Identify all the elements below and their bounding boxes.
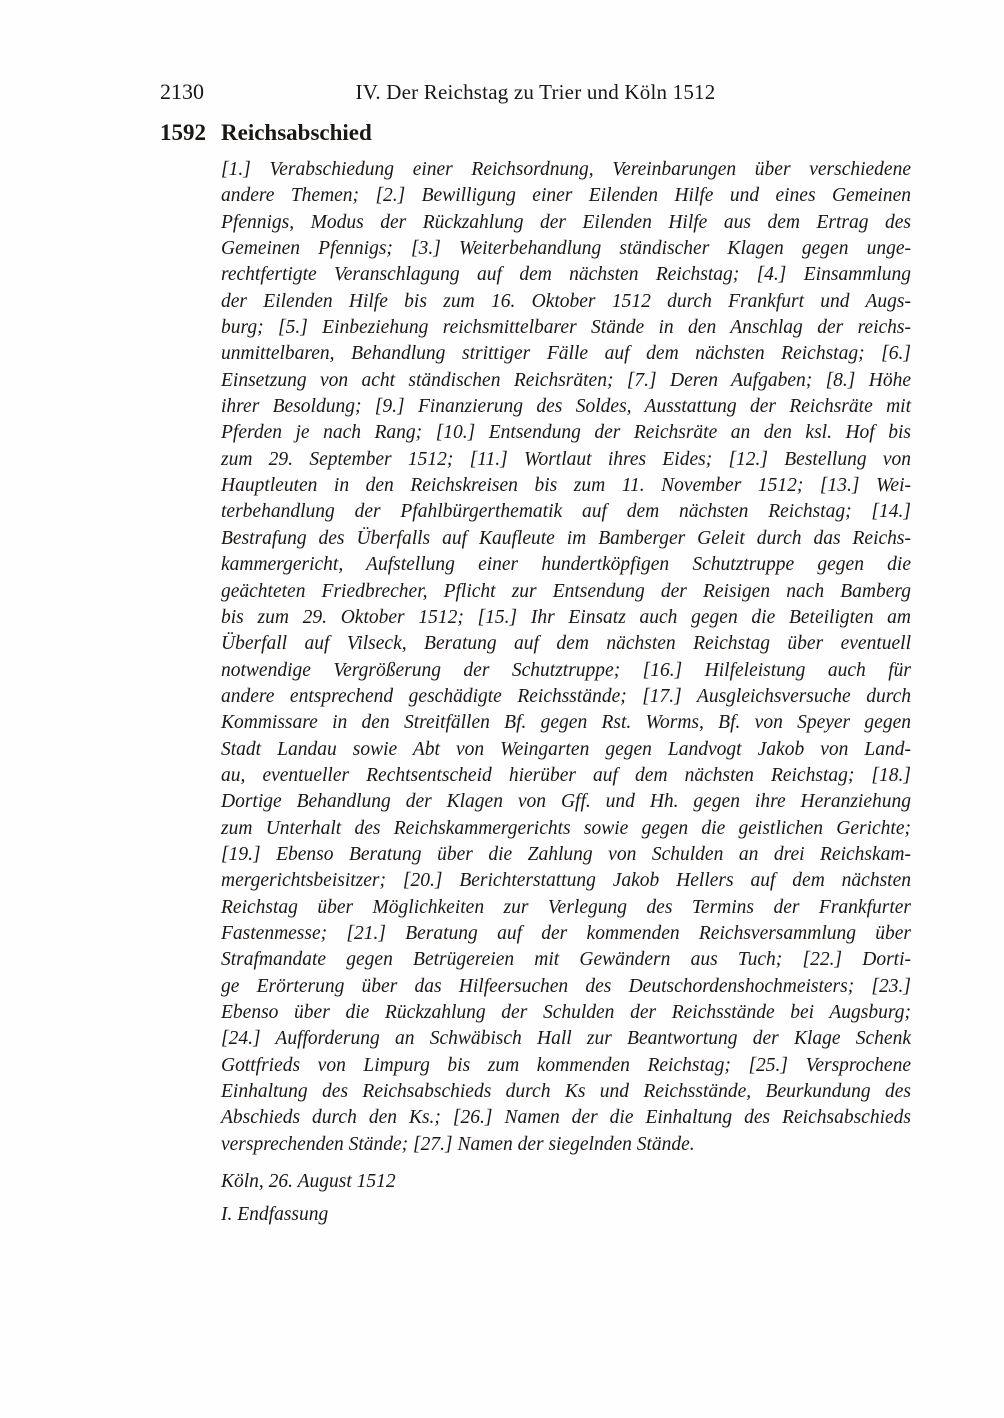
- summary-line: unmittelbaren, Behandlung strittiger Fäl…: [221, 341, 911, 367]
- summary-line: versprechenden Stände; [27.] Namen der s…: [221, 1132, 911, 1158]
- summary-line: Fastenmesse; [21.] Beratung auf der komm…: [221, 921, 911, 947]
- summary-line: zum Unterhalt des Reichskammergerichts s…: [221, 816, 911, 842]
- entry-number: 1592: [160, 119, 221, 147]
- summary-line: terbehandlung der Pfahlbürgerthematik au…: [221, 499, 911, 525]
- dateline: Köln, 26. August 1512: [221, 1169, 911, 1195]
- entry-title: Reichsabschied: [221, 120, 372, 145]
- summary-line: geächteten Friedbrecher, Pflicht zur Ent…: [221, 579, 911, 605]
- summary-line: Überfall auf Vilseck, Beratung auf dem n…: [221, 631, 911, 657]
- summary-line: notwendige Vergrößerung der Schutztruppe…: [221, 658, 911, 684]
- summary-line: [24.] Aufforderung an Schwäbisch Hall zu…: [221, 1026, 911, 1052]
- summary-line: Kommissare in den Streitfällen Bf. gegen…: [221, 710, 911, 736]
- summary-line: zum 29. September 1512; [11.] Wortlaut i…: [221, 447, 911, 473]
- summary-line: Gottfrieds von Limpurg bis zum kommenden…: [221, 1053, 911, 1079]
- summary-line: ge Erörterung über das Hilfeersuchen des…: [221, 974, 911, 1000]
- summary-line: Strafmandate gegen Betrügereien mit Gewä…: [221, 947, 911, 973]
- summary-line: Pfennigs, Modus der Rückzahlung der Eile…: [221, 210, 911, 236]
- entry-summary: [1.] Verabschiedung einer Reichsordnung,…: [221, 157, 911, 1158]
- summary-line: mergerichtsbeisitzer; [20.] Berichtersta…: [221, 868, 911, 894]
- summary-line: Stadt Landau sowie Abt von Weingarten ge…: [221, 737, 911, 763]
- summary-line: Abschieds durch den Ks.; [26.] Namen der…: [221, 1105, 911, 1131]
- summary-line: burg; [5.] Einbeziehung reichsmittelbare…: [221, 315, 911, 341]
- summary-line: rechtfertigte Veranschlagung auf dem näc…: [221, 262, 911, 288]
- summary-line: andere Themen; [2.] Bewilligung einer Ei…: [221, 183, 911, 209]
- page-number: 2130: [160, 78, 204, 106]
- running-header: 2130 IV. Der Reichstag zu Trier und Köln…: [160, 78, 911, 106]
- running-header-title: IV. Der Reichstag zu Trier und Köln 1512: [160, 78, 911, 106]
- summary-line: Reichstag über Möglichkeiten zur Verlegu…: [221, 895, 911, 921]
- summary-line: der Eilenden Hilfe bis zum 16. Oktober 1…: [221, 289, 911, 315]
- summary-line: bis zum 29. Oktober 1512; [15.] Ihr Eins…: [221, 605, 911, 631]
- summary-line: Einsetzung von acht ständischen Reichsrä…: [221, 368, 911, 394]
- summary-line: Gemeinen Pfennigs; [3.] Weiterbehandlung…: [221, 236, 911, 262]
- summary-line: kammergericht, Aufstellung einer hundert…: [221, 552, 911, 578]
- summary-line: ihrer Besoldung; [9.] Finanzierung des S…: [221, 394, 911, 420]
- summary-line: au, eventueller Rechtsentscheid hierüber…: [221, 763, 911, 789]
- book-page: 2130 IV. Der Reichstag zu Trier und Köln…: [0, 0, 1004, 1418]
- entry-heading: 1592Reichsabschied: [160, 119, 911, 147]
- summary-line: Pferden je nach Rang; [10.] Entsendung d…: [221, 420, 911, 446]
- summary-line: [19.] Ebenso Beratung über die Zahlung v…: [221, 842, 911, 868]
- summary-line: andere entsprechend geschädigte Reichsst…: [221, 684, 911, 710]
- summary-line: Ebenso über die Rückzahlung der Schulden…: [221, 1000, 911, 1026]
- summary-line: [1.] Verabschiedung einer Reichsordnung,…: [221, 157, 911, 183]
- version-note: I. Endfassung: [221, 1202, 911, 1228]
- summary-line: Bestrafung des Überfalls auf Kaufleute i…: [221, 526, 911, 552]
- summary-line: Dortige Behandlung der Klagen von Gff. u…: [221, 789, 911, 815]
- summary-line: Hauptleuten in den Reichskreisen bis zum…: [221, 473, 911, 499]
- summary-line: Einhaltung des Reichsabschieds durch Ks …: [221, 1079, 911, 1105]
